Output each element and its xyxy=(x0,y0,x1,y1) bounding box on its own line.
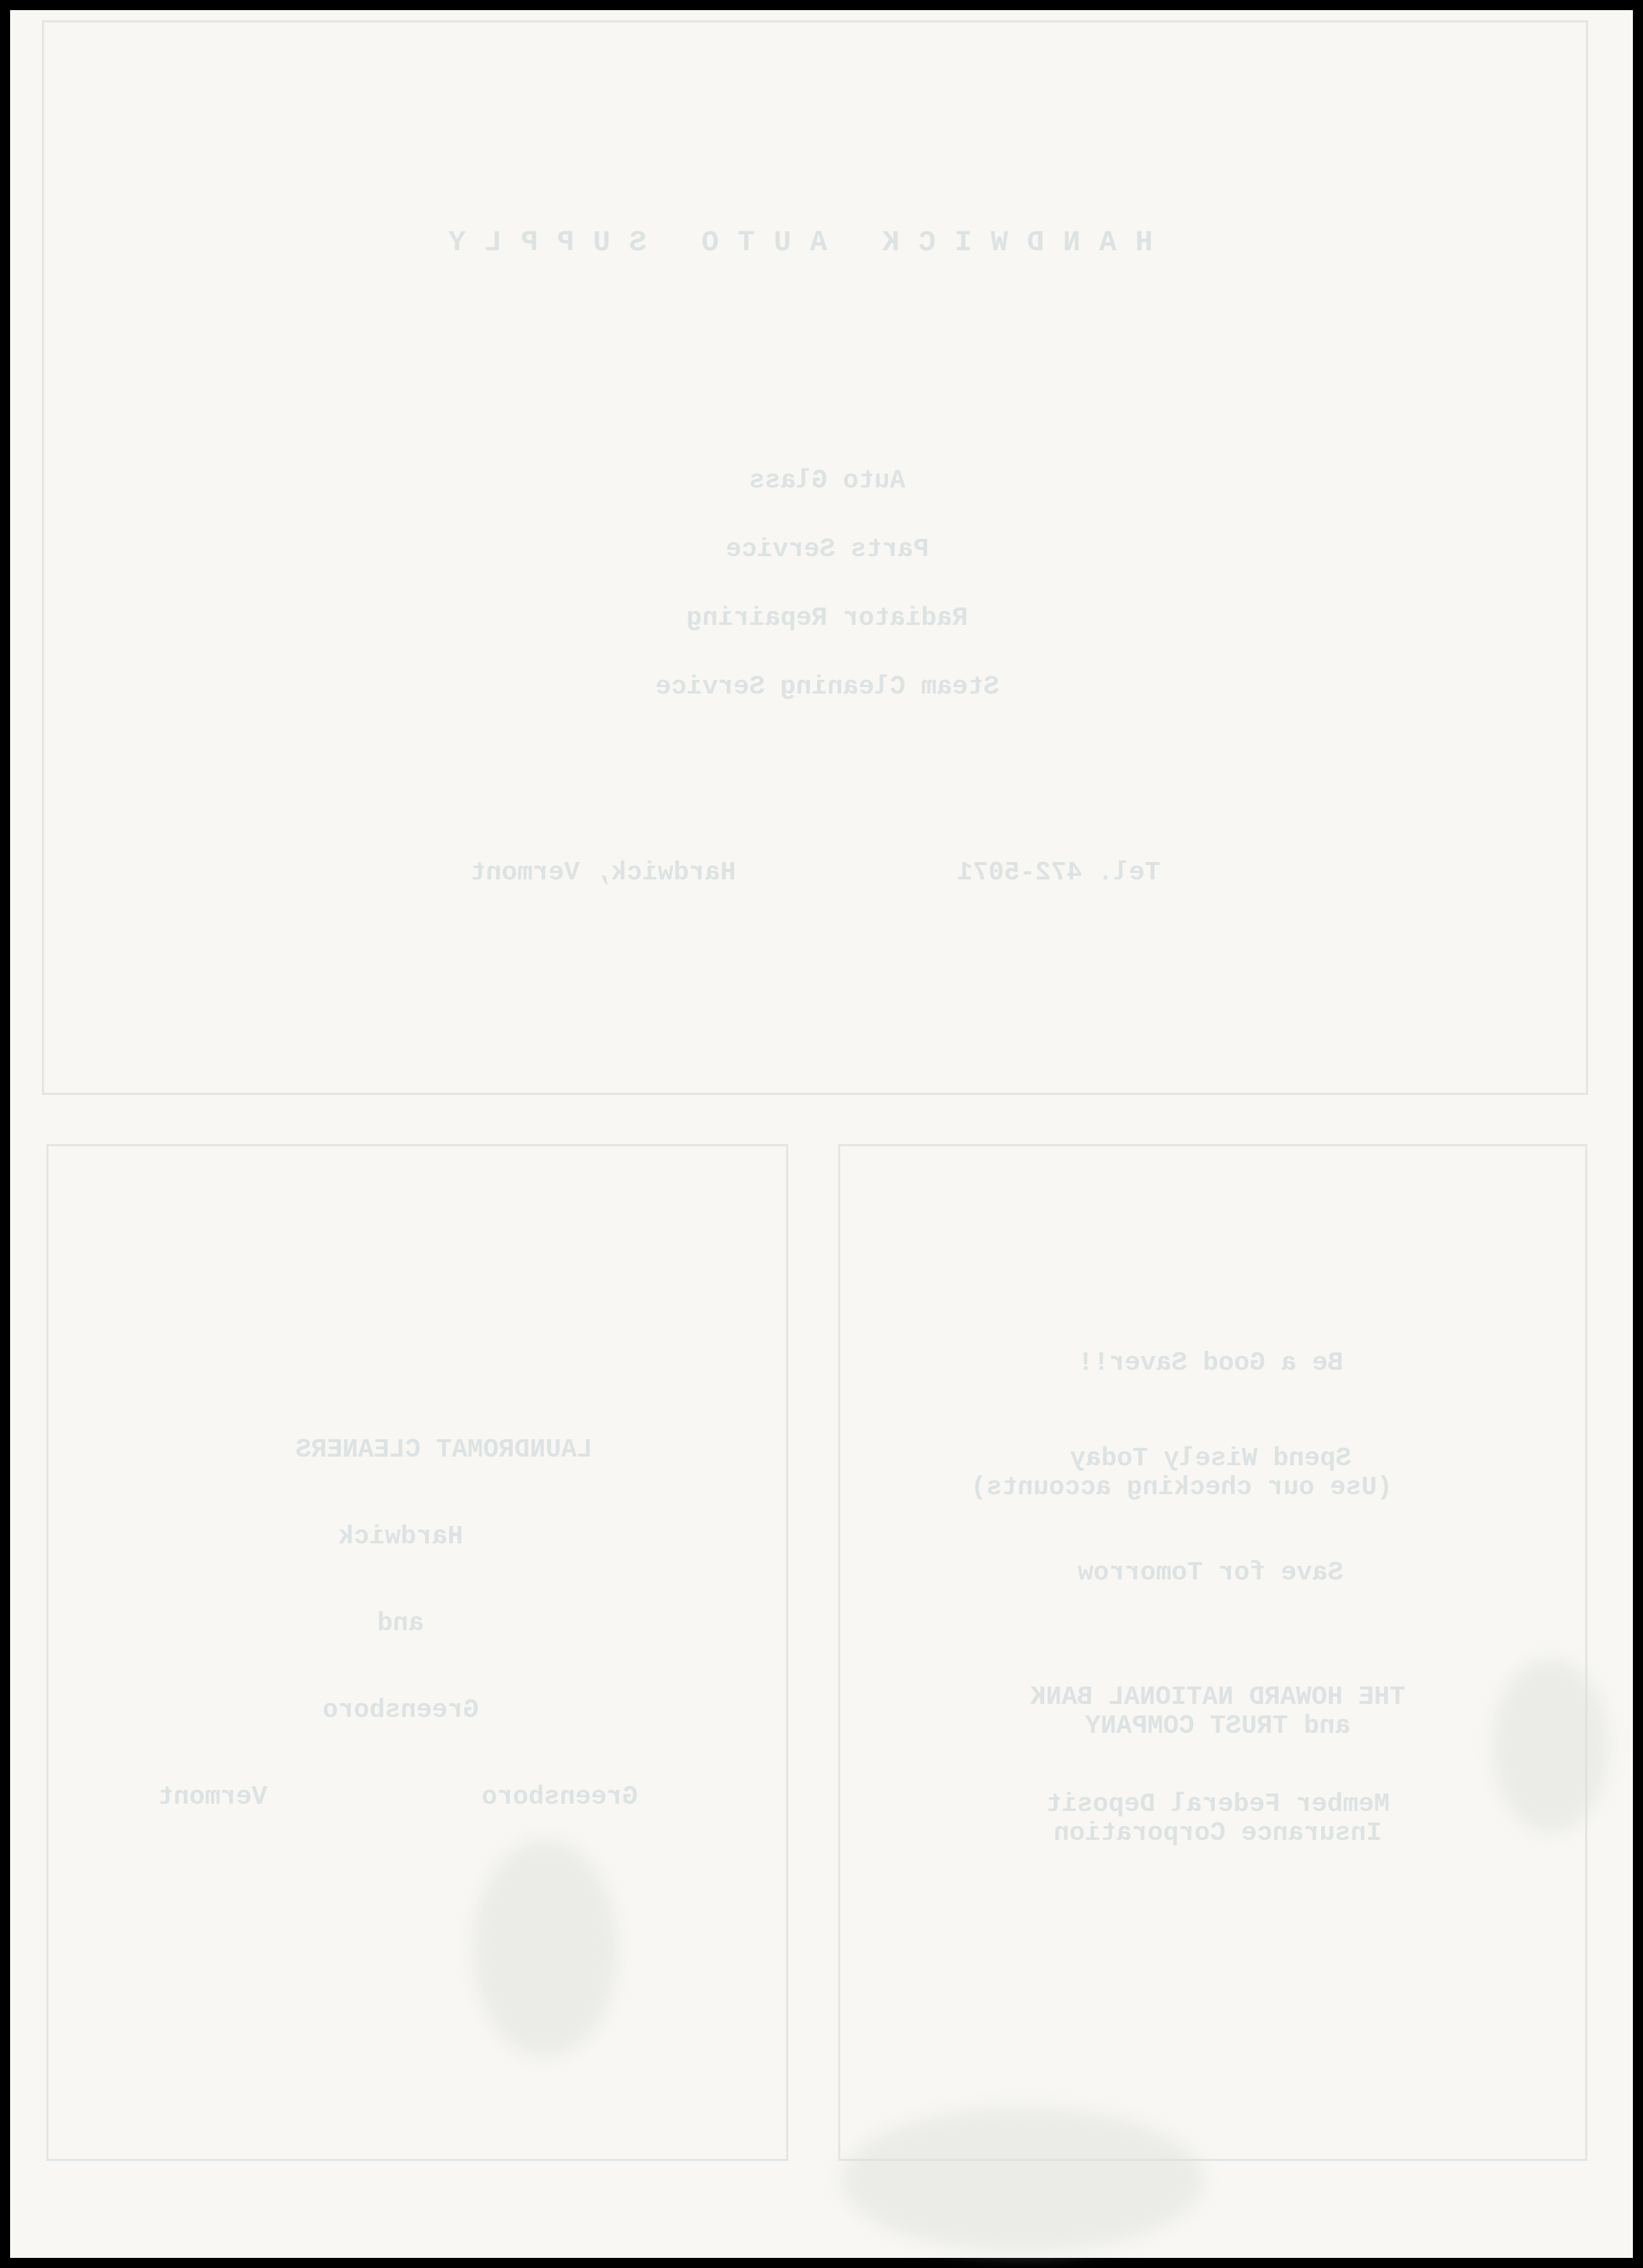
laundromat-line: Greensboro xyxy=(256,1695,545,1725)
fdic-line: Insurance Corporation xyxy=(907,1818,1529,1848)
location: Hardwick, Vermont xyxy=(401,858,806,887)
laundromat-footer-left: Greensboro xyxy=(415,1782,704,1812)
bank-name: THE HOWARD NATIONAL BANK xyxy=(921,1682,1514,1712)
bottom-left-ad-frame xyxy=(46,1144,788,2161)
laundromat-line: Hardwick xyxy=(256,1522,545,1551)
bank-line: Spend Wisely Today xyxy=(979,1444,1442,1473)
phone-number: Tel. 472-5071 xyxy=(907,858,1211,887)
bank-headline: Be a Good Saver!! xyxy=(1008,1348,1413,1378)
laundromat-title: LAUNDROMAT CLEANERS xyxy=(213,1435,675,1465)
paper-smudge xyxy=(842,2107,1203,2252)
service-line: Parts Service xyxy=(538,534,1117,564)
fdic-line: Member Federal Deposit xyxy=(907,1789,1529,1819)
top-ad-title: HANDWICK AUTO SUPPLY xyxy=(321,227,1261,260)
service-line: Radiator Repairing xyxy=(538,603,1117,633)
laundromat-line: and xyxy=(292,1608,509,1638)
document-page: HANDWICK AUTO SUPPLY Auto Glass Parts Se… xyxy=(10,10,1633,2258)
paper-smudge xyxy=(473,1840,618,2057)
laundromat-footer-right: Vermont xyxy=(111,1782,314,1812)
service-line: Auto Glass xyxy=(538,466,1117,495)
bottom-right-ad-frame xyxy=(838,1144,1587,2161)
bank-line: Save for Tomorrow xyxy=(979,1558,1442,1587)
paper-smudge xyxy=(1493,1659,1608,1833)
bank-line: (Use our checking accounts) xyxy=(863,1472,1500,1502)
bank-name: and TRUST COMPANY xyxy=(921,1711,1514,1741)
service-line: Steam Cleaning Service xyxy=(538,672,1117,702)
